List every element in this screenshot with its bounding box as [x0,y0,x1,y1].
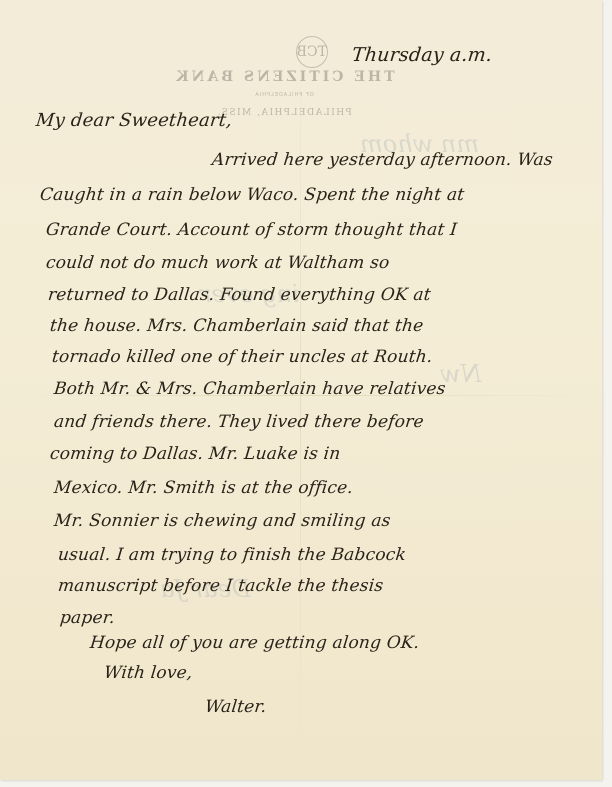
letter-line: Arrived here yesterday afternoon. Was [211,150,554,170]
letterhead-bank-name: THE CITIZENS BANK [164,69,404,85]
letter-line: could not do much work at Waltham so [45,253,391,273]
letter-line: Grande Court. Account of storm thought t… [45,220,458,240]
letter-line: Mexico. Mr. Smith is at the office. [53,478,354,498]
letter-line: Hope all of you are getting along OK. [89,633,421,653]
letter-line: returned to Dallas. Found everything OK … [47,285,432,305]
salutation: My dear Sweetheart, [35,110,233,131]
letter-line: tornado killed one of their uncles at Ro… [51,347,434,367]
letter-line: coming to Dallas. Mr. Luake is in [49,444,342,464]
letterhead-of-line: OF PHILADELPHIA [204,92,364,98]
letter-paper: mn whom ing ever Nw Dear Ja TCB THE CITI… [0,0,602,780]
bank-monogram-icon: TCB [296,36,328,68]
letter-line: usual. I am trying to finish the Babcock [57,545,407,565]
letter-line: Caught in a rain below Waco. Spent the n… [39,185,465,205]
letter-line: the house. Mrs. Chamberlain said that th… [49,316,425,336]
letter-line: Both Mr. & Mrs. Chamberlain have relativ… [53,379,447,399]
closing: With love, [103,663,194,683]
letter-line: Mr. Sonnier is chewing and smiling as [53,511,392,531]
letter-line: manuscript before I tackle the thesis [57,576,384,596]
letter-line: and friends there. They lived there befo… [53,412,425,432]
signature: Walter. [204,697,268,717]
dateline: Thursday a.m. [351,44,494,66]
letter-line: paper. [59,608,116,628]
